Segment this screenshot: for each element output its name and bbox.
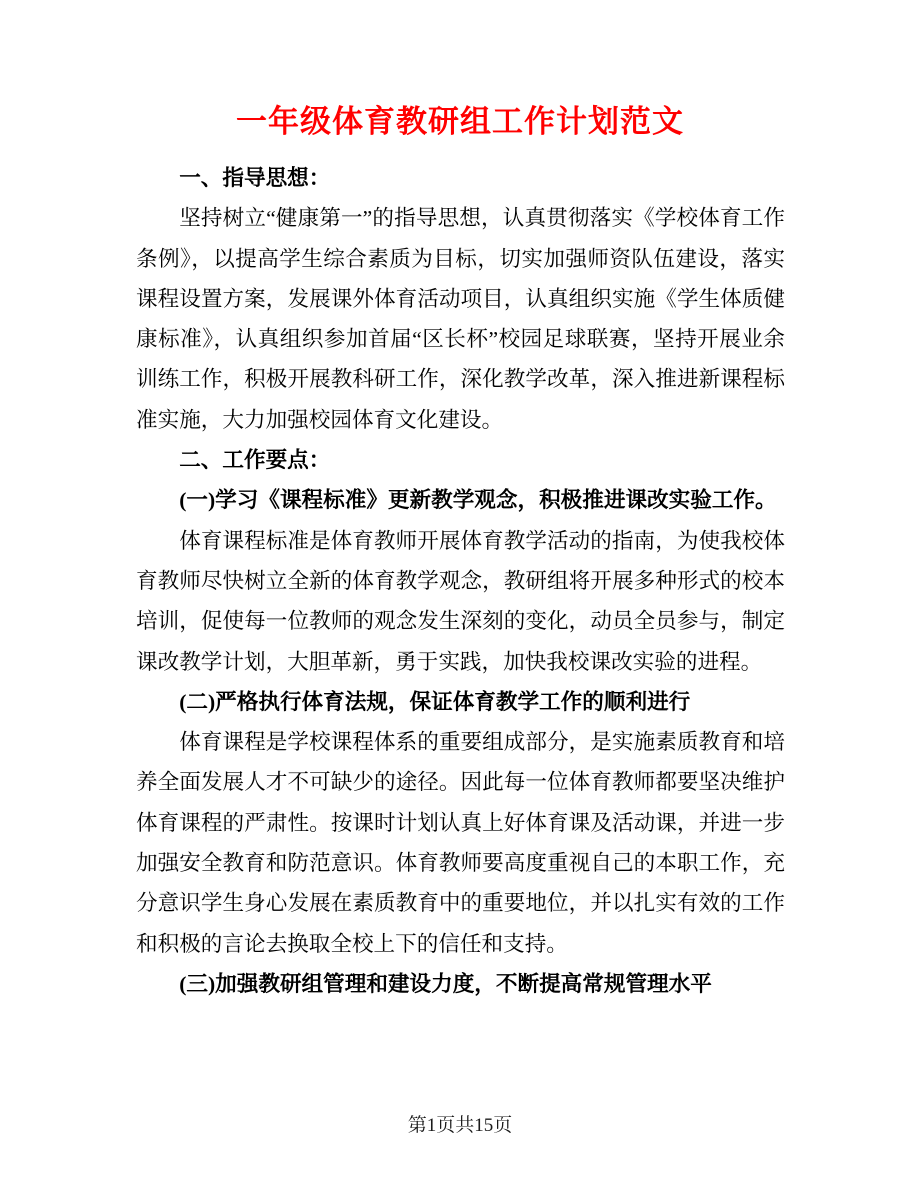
document-body: 一、指导思想： 坚持树立“健康第一”的指导思想，认真贯彻落实《学校体育工作条例》…	[0, 158, 920, 1004]
page-number: 第1页共15页	[408, 1115, 513, 1136]
subsection-heading-2: (二)严格执行体育法规，保证体育教学工作的顺利进行	[136, 682, 785, 722]
paragraph-guiding-ideology: 坚持树立“健康第一”的指导思想，认真贯彻落实《学校体育工作条例》，以提高学生综合…	[136, 198, 785, 440]
paragraph-pe-regulations: 体育课程是学校课程体系的重要组成部分，是实施素质教育和培养全面发展人才不可缺少的…	[136, 722, 785, 964]
document-title: 一年级体育教研组工作计划范文	[0, 0, 920, 142]
section-heading-1: 一、指导思想：	[136, 158, 785, 198]
page-footer: 第1页共15页	[0, 1115, 920, 1137]
document-page: 一年级体育教研组工作计划范文 一、指导思想： 坚持树立“健康第一”的指导思想，认…	[0, 0, 920, 1191]
paragraph-curriculum-standards: 体育课程标准是体育教师开展体育教学活动的指南，为使我校体育教师尽快树立全新的体育…	[136, 521, 785, 682]
subsection-heading-1: (一)学习《课程标准》更新教学观念，积极推进课改实验工作。	[136, 480, 785, 520]
section-heading-2: 二、工作要点：	[136, 440, 785, 480]
subsection-heading-3: (三)加强教研组管理和建设力度，不断提高常规管理水平	[136, 964, 785, 1004]
